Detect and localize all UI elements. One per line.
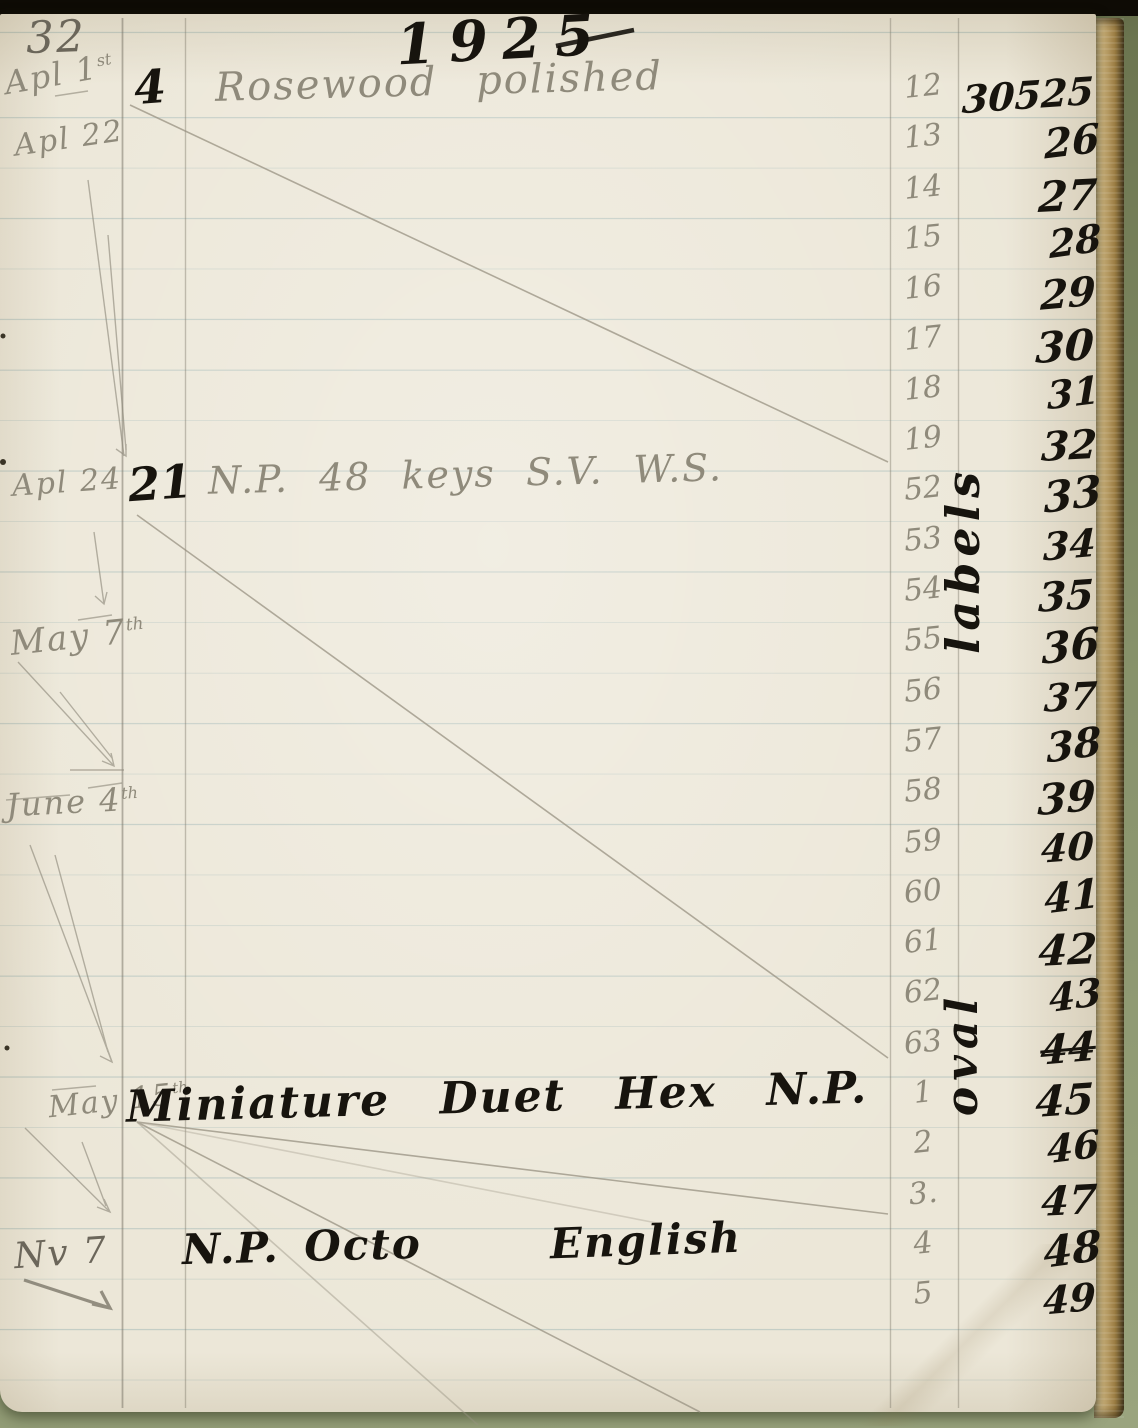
serial-col-number: 60 <box>893 874 954 910</box>
serial-col-number: 4 <box>893 1226 954 1262</box>
serial-col-number: 57 <box>893 723 954 759</box>
vertical-annotation: labels <box>940 395 1010 725</box>
serial-col-number: 5 <box>893 1276 954 1312</box>
entry-text: Rosewood polished <box>215 56 664 108</box>
entry-qty: 21 <box>126 458 193 508</box>
margin-arrows <box>18 180 126 1212</box>
margin-date: Nv 7 <box>13 1233 109 1275</box>
scanned-ledger-page: 1925 32Apl 1stApl 22Apl 24May 7thJune 4t… <box>0 0 1138 1428</box>
margin-date: June 4th <box>5 783 139 822</box>
serial-col-number: 16 <box>893 270 954 306</box>
serial-col-number: 14 <box>893 170 954 206</box>
margin-date: Apl 24 <box>11 464 123 502</box>
handwriting-layer: 1925 32Apl 1stApl 22Apl 24May 7thJune 4t… <box>0 0 1138 1428</box>
entry-text: English <box>549 1217 742 1266</box>
vertical-annotation: oval <box>941 921 1005 1187</box>
ink-specks <box>0 334 10 1051</box>
date-overbars <box>6 91 124 1090</box>
serial-col-number: 15 <box>893 220 954 256</box>
nv7-check-arrow <box>24 1280 110 1308</box>
date-superscript: th <box>125 614 145 636</box>
date-superscript: th <box>121 783 139 803</box>
entry-qty: 4 <box>132 63 167 111</box>
date-superscript: st <box>95 49 113 70</box>
serial-col-number: 58 <box>893 773 954 809</box>
entry-text: N.P. Octo <box>181 1223 422 1271</box>
